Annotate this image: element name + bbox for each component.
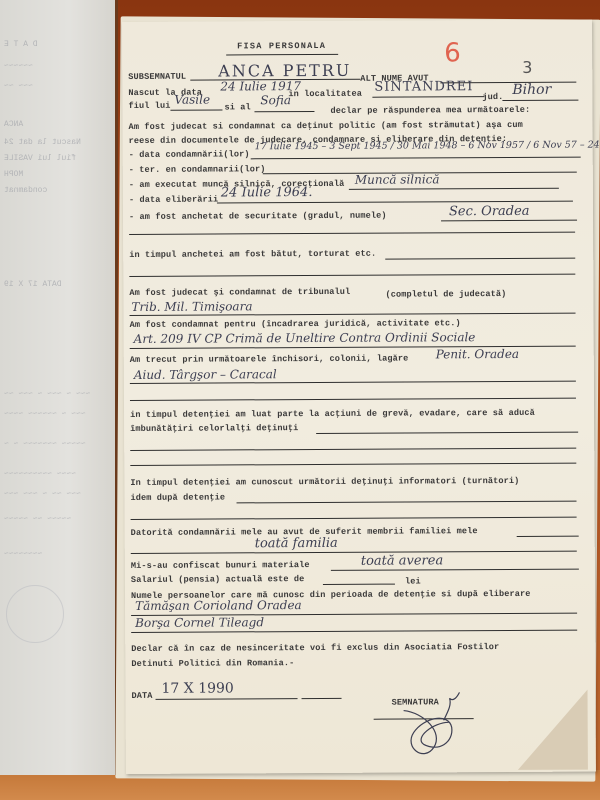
ghost-text: fiul lui VASILE [4, 154, 76, 163]
rule [131, 630, 577, 634]
torture-label: in timpul anchetei am fost bătut, tortur… [129, 249, 376, 260]
ghost-stamp [6, 585, 64, 643]
rule [129, 274, 575, 278]
investigated-label: - am fost anchetat de securitate (gradul… [129, 211, 387, 222]
rule [170, 109, 222, 111]
father-label: fiul lui [128, 101, 170, 111]
signature-scrawl [394, 692, 484, 762]
investigated-by: Sec. Oradea [449, 204, 530, 219]
ghost-text: Nascut la dat 24 [4, 138, 81, 147]
ghost-text: ~~~ ~ ~~~ ~ ~~~ ~~ [4, 390, 90, 399]
locality-label: in localitatea [288, 89, 362, 99]
actions-field [316, 432, 578, 435]
ghost-text: ~~~~~ ~~ ~~~~~ [4, 515, 71, 524]
rule [302, 698, 342, 700]
release-date: 24 Iulie 1964. [221, 185, 313, 200]
prison-1: Penit. Oradea [436, 347, 519, 361]
signing-date: 17 X 1990 [161, 680, 233, 696]
ghost-text: ~~~ ~~ ~ ~~~ ~~~ [4, 490, 81, 499]
rule [254, 111, 314, 113]
folded-corner [518, 690, 588, 770]
prison-2: Aiud. Târgşor – Caracal [134, 367, 277, 382]
subject-label: SUBSEMNATUL [128, 72, 186, 82]
actions-label-2: îmbunătăţiri celorlalţi deţinuţi [130, 423, 298, 434]
informers-label-2: idem după detenţie [130, 492, 225, 502]
informers-label-1: In timpul detenţiei am cunoscut următori… [130, 476, 519, 488]
informers-field [237, 501, 577, 504]
tribunal-suffix: (completul de judecată) [385, 289, 506, 300]
salary-unit: lei [405, 576, 421, 586]
conviction-dates: 17 Iulie 1945 – 3 Sept 1945 / 30 Mai 194… [255, 139, 600, 152]
rule [349, 188, 559, 190]
rule [502, 100, 578, 102]
conviction-intro-1: Am fost judecat si condamnat ca deţinut … [129, 120, 523, 132]
birth-county: Bihor [512, 82, 551, 98]
declare-text: declar pe răspunderea mea următoarele: [330, 105, 530, 116]
rule [130, 463, 576, 467]
ghost-text: ~~~ ~~ [4, 82, 33, 91]
father-name: Vasile [174, 93, 210, 107]
torture-field [385, 258, 575, 260]
rule [131, 517, 577, 521]
rule [517, 536, 579, 538]
confiscated-label: Mi-s-au confiscat bunuri materiale [131, 560, 310, 571]
left-page: D A T E ~~~~~~ ~~~ ~~ ANCA Nascut la dat… [0, 0, 118, 775]
charge-label: Am fost condamnat pentru (încadrarea jur… [130, 318, 461, 330]
declaration-line-2: Detinuti Politici din Romania.- [131, 658, 294, 669]
actions-label-1: in timpul detenţiei am luat parte la acţ… [130, 408, 535, 420]
rule [156, 698, 298, 700]
labor-type: Muncă silnică [355, 172, 440, 186]
conviction-dates-label: - data condamnării(lor) [129, 149, 250, 160]
rule [130, 448, 576, 452]
rule [130, 398, 576, 402]
ghost-text: ~~~~~~~~ [4, 550, 42, 559]
rule [131, 551, 577, 555]
charge-value: Art. 209 IV CP Crimă de Uneltire Contra … [134, 330, 476, 346]
release-date-label: - data eliberării [129, 194, 218, 204]
rule [331, 569, 579, 572]
red-page-number: 6 [444, 38, 461, 68]
conviction-terms-label: - ter. en condamnarii(lor) [129, 164, 266, 175]
ghost-text: D A T E [4, 40, 38, 49]
subject-name: ANCA PETRU [218, 61, 351, 81]
declaration-line-1: Declar că în caz de nesinceritate voi fi… [131, 642, 499, 654]
rule [251, 157, 581, 160]
ghost-text: ~~~~~ ~~~~~~~ ~ ~ [4, 440, 86, 449]
title-underline [226, 54, 338, 56]
tribunal-name: Trib. Mil. Timişoara [131, 299, 252, 314]
county-label: jud. [482, 92, 503, 102]
form-page: 6 3 FISA PERSONALA SUBSEMNATUL ANCA PETR… [122, 20, 596, 774]
confiscated-value: toată averea [361, 553, 443, 568]
salary-label: Salariul (pensia) actuală este de [131, 574, 305, 585]
ghost-text: ~~~ ~ ~~~~~~ ~~~~ [4, 410, 86, 419]
contact-person-1: Tămăşan Corioland Oradea [135, 598, 302, 613]
form-title: FISA PERSONALA [237, 41, 326, 51]
ghost-text: condamnat [4, 186, 47, 195]
rule [129, 232, 575, 236]
rule [372, 96, 484, 98]
ghost-text: ANCA [4, 120, 23, 129]
ghost-text: MOPH [4, 170, 23, 179]
rule [441, 220, 577, 222]
prisons-label: Am trecut prin următoarele închisori, co… [130, 354, 409, 365]
tribunal-label: Am fost judecat şi condamnat de tribunal… [129, 287, 350, 298]
birth-locality: SINTANDREI [374, 79, 473, 95]
mother-label: si al [224, 102, 250, 112]
family-value: toată familia [255, 536, 338, 551]
contact-person-2: Borşa Cornel Tileagd [135, 615, 264, 630]
ghost-text: ~~~~ ~~~~~~~~~~ [4, 470, 76, 479]
salary-field [323, 584, 395, 586]
mother-name: Sofia [260, 93, 291, 107]
pencil-page-number: 3 [522, 58, 532, 77]
ghost-text: DATA 17 X 19 [4, 280, 62, 289]
ghost-text: ~~~~~~ [4, 62, 33, 71]
date-label: DATA [132, 691, 153, 701]
